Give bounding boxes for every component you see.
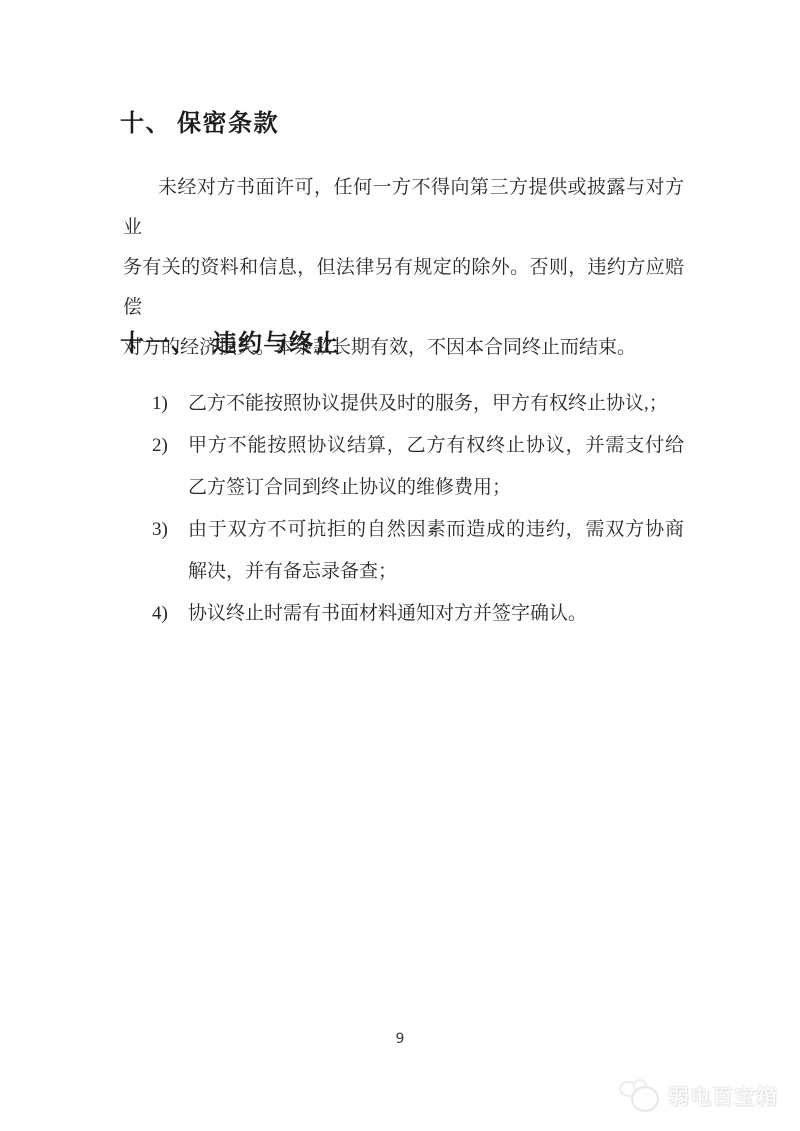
contract-page: 十、保密条款 未经对方书面许可，任何一方不得向第三方提供或披露与对方业 务有关的… [0, 0, 800, 1131]
page-number: 9 [0, 1031, 800, 1047]
watermark: 弱电百宝箱 [617, 1079, 778, 1113]
list-item-line: 解决，并有备忘录备查； [188, 551, 684, 593]
paragraph-line: 未经对方书面许可，任何一方不得向第三方提供或披露与对方业 [123, 168, 684, 248]
list-item: 2) 甲方不能按照协议结算，乙方有权终止协议，并需支付给 乙方签订合同到终止协议… [123, 425, 684, 509]
section-title: 保密条款 [177, 111, 279, 137]
list-item-number: 1) [152, 383, 168, 425]
section-number: 十、 [120, 111, 171, 137]
treasure-box-mascot-icon [617, 1079, 661, 1113]
list-item: 3) 由于双方不可抗拒的自然因素而造成的违约，需双方协商 解决，并有备忘录备查； [123, 509, 684, 593]
list-item-line: 由于双方不可抗拒的自然因素而造成的违约，需双方协商 [188, 509, 684, 551]
paragraph-line: 务有关的资料和信息，但法律另有规定的除外。否则，违约方应赔偿 [123, 248, 684, 328]
section-heading-confidentiality: 十、保密条款 [120, 103, 279, 138]
section-title: 违约与终止 [213, 331, 341, 357]
list-item-number: 2) [152, 425, 168, 467]
section-number: 十一、 [120, 331, 197, 357]
list-item: 4) 协议终止时需有书面材料通知对方并签字确认。 [123, 593, 684, 635]
list-item-line: 乙方签订合同到终止协议的维修费用； [188, 467, 684, 509]
list-item-number: 4) [152, 593, 168, 635]
list-item-line: 乙方不能按照协议提供及时的服务，甲方有权终止协议,； [188, 383, 684, 425]
section-heading-breach-termination: 十一、违约与终止 [120, 323, 340, 358]
termination-clause-list: 1) 乙方不能按照协议提供及时的服务，甲方有权终止协议,； 2) 甲方不能按照协… [123, 383, 684, 635]
list-item-line: 协议终止时需有书面材料通知对方并签字确认。 [188, 593, 684, 635]
list-item-number: 3) [152, 509, 168, 551]
list-item-line: 甲方不能按照协议结算，乙方有权终止协议，并需支付给 [188, 425, 684, 467]
list-item: 1) 乙方不能按照协议提供及时的服务，甲方有权终止协议,； [123, 383, 684, 425]
watermark-text: 弱电百宝箱 [668, 1081, 778, 1111]
